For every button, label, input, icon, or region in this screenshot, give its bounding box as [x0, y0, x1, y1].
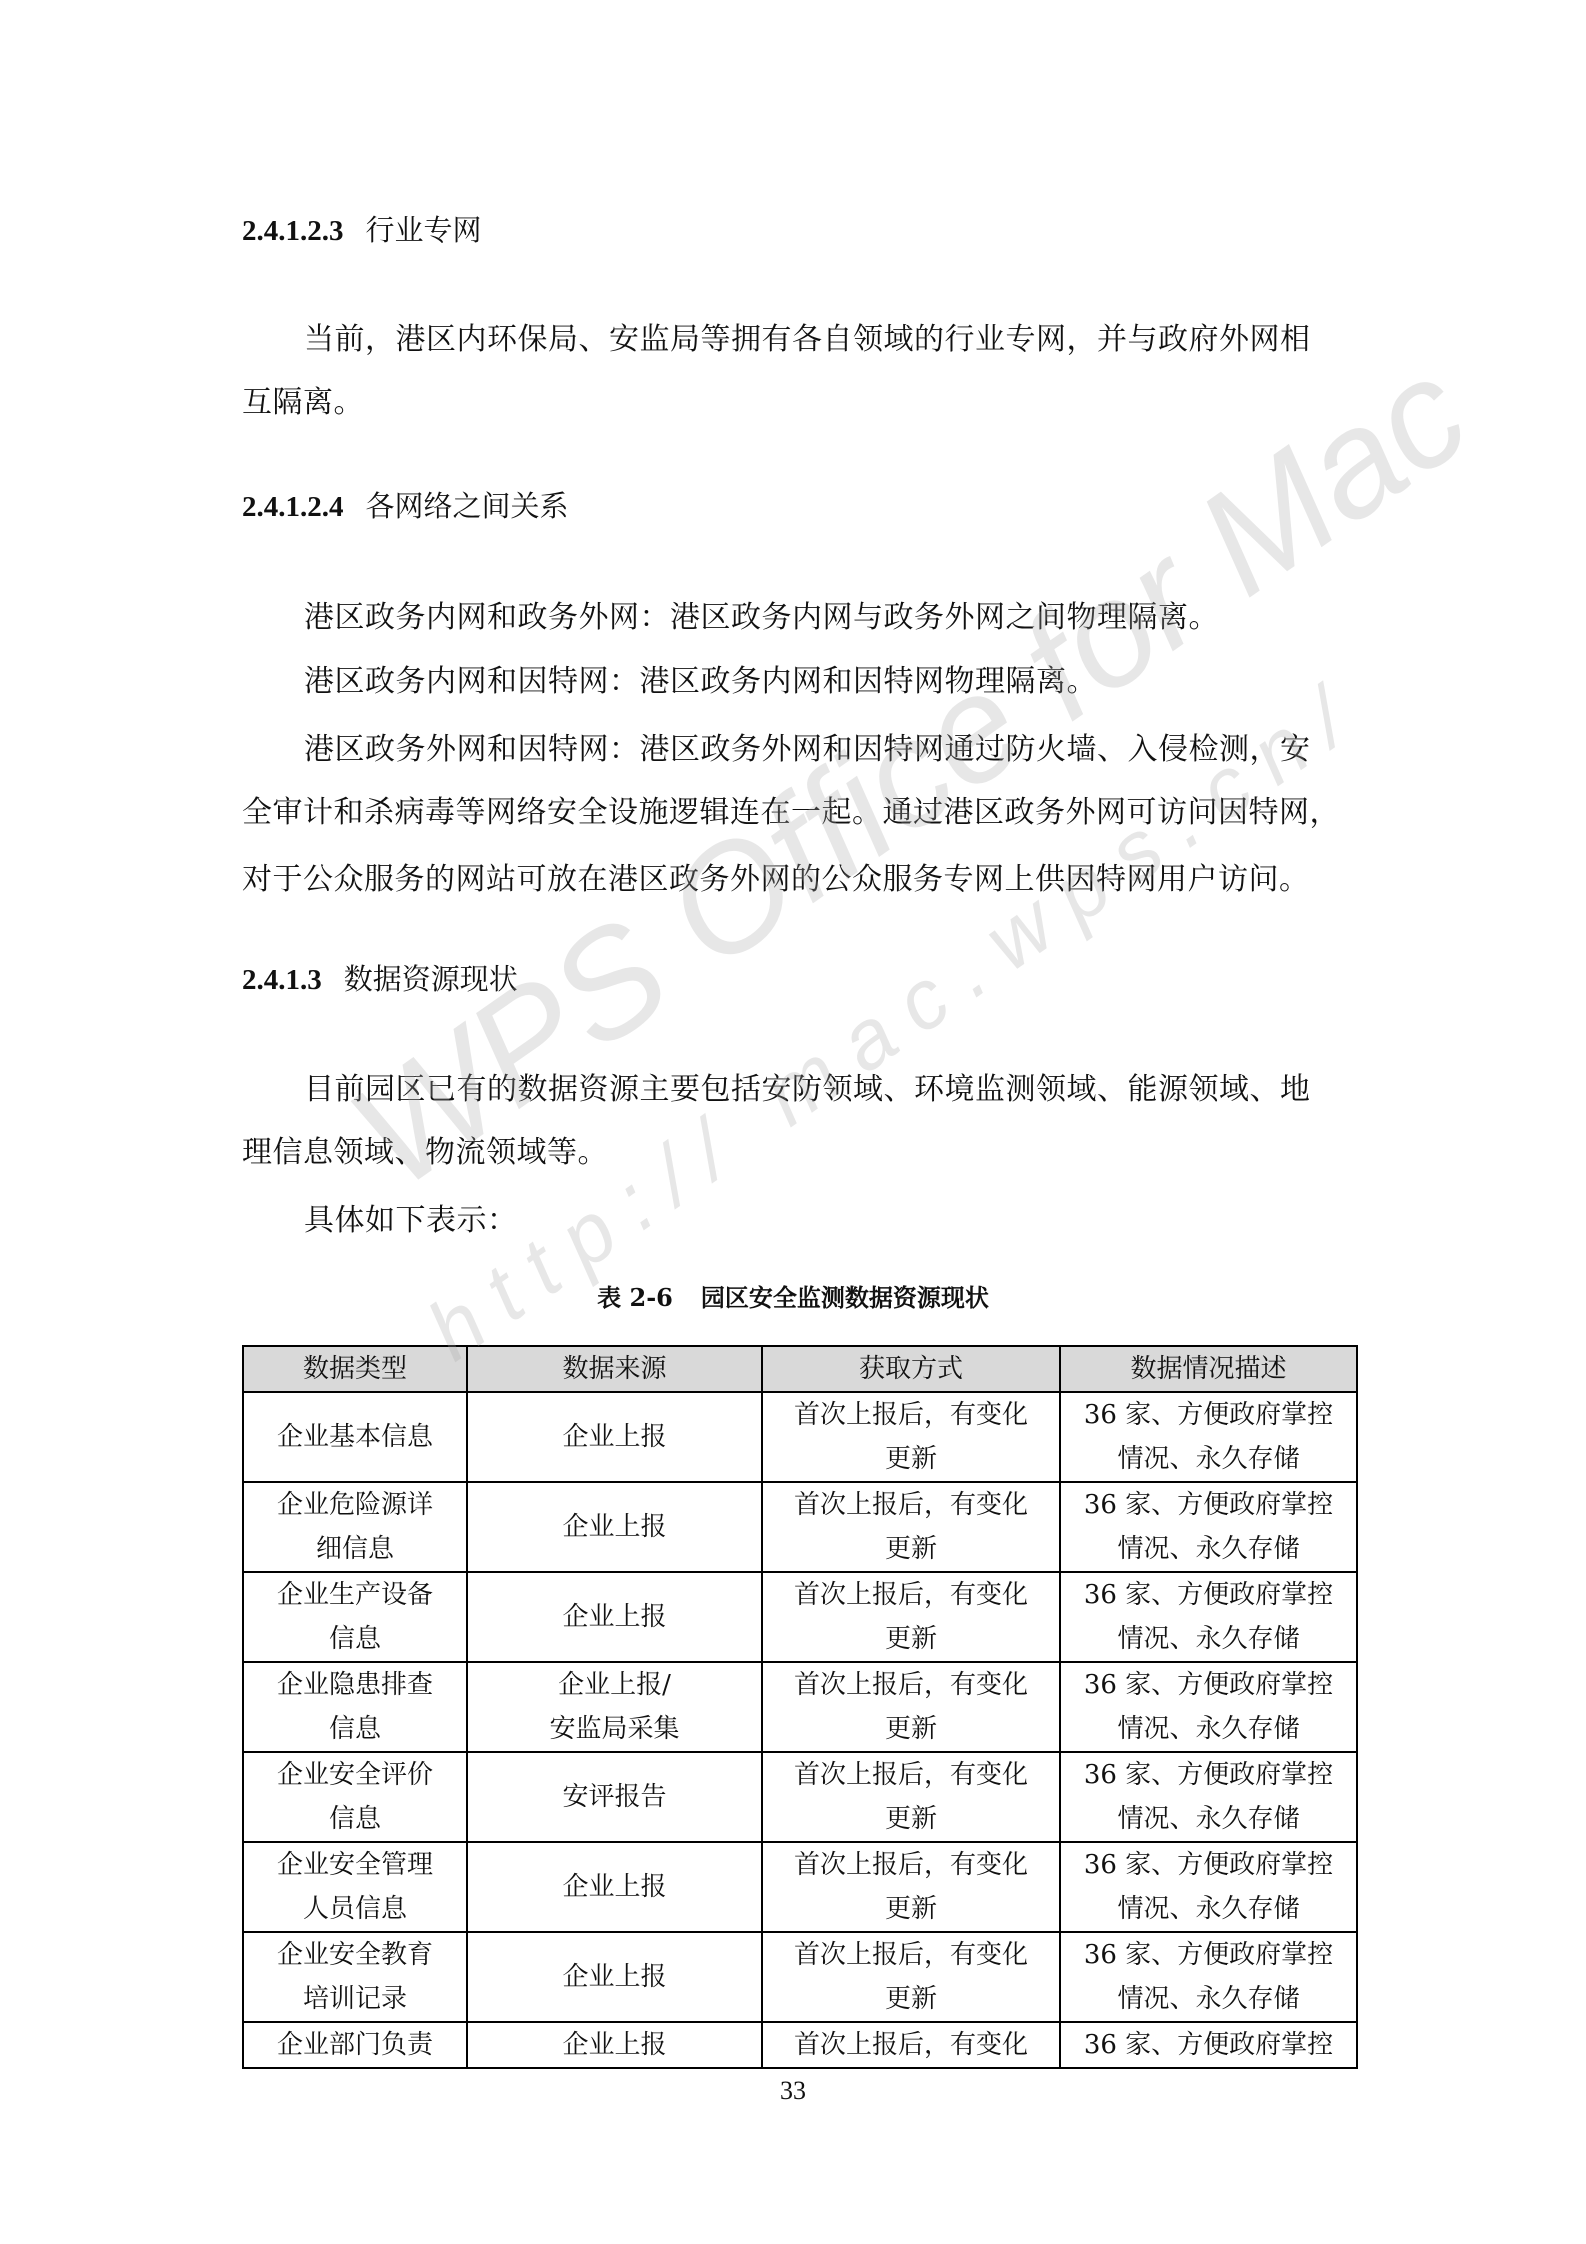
paragraph-line: 港区政务内网和政务外网：港区政务内网与政务外网之间物理隔离。 — [304, 592, 1219, 636]
section-number: 2.4.1.2.3 — [242, 215, 344, 247]
cell-acquisition-method: 首次上报后，有变化更新 — [762, 1932, 1060, 2022]
table-row: 企业安全教育培训记录 企业上报 首次上报后，有变化更新 36 家、方便政府掌控情… — [243, 1932, 1357, 2022]
cell-data-type: 企业安全评价信息 — [243, 1752, 467, 1842]
paragraph-line: 互隔离。 — [242, 377, 364, 421]
table-caption-number: 表 2-6 — [597, 1283, 673, 1312]
cell-data-source: 企业上报 — [467, 1572, 762, 1662]
cell-data-description: 36 家、方便政府掌控情况、永久存储 — [1060, 1482, 1357, 1572]
section-title: 行业专网 — [366, 213, 482, 247]
cell-data-type: 企业部门负责 — [243, 2022, 467, 2068]
column-header-acquisition-method: 获取方式 — [762, 1346, 1060, 1392]
cell-data-source: 企业上报 — [467, 1932, 762, 2022]
document-page: 2.4.1.2.3行业专网 当前，港区内环保局、安监局等拥有各自领域的行业专网，… — [0, 0, 1586, 2244]
cell-data-description: 36 家、方便政府掌控情况、永久存储 — [1060, 1572, 1357, 1662]
cell-data-description: 36 家、方便政府掌控情况、永久存储 — [1060, 1842, 1357, 1932]
paragraph-line: 理信息领域、物流领域等。 — [242, 1127, 608, 1171]
section-title: 各网络之间关系 — [366, 489, 569, 523]
cell-data-description: 36 家、方便政府掌控情况、永久存储 — [1060, 1752, 1357, 1842]
column-header-data-source: 数据来源 — [467, 1346, 762, 1392]
table-caption: 表 2-6园区安全监测数据资源现状 — [0, 1278, 1586, 1313]
cell-acquisition-method: 首次上报后，有变化 — [762, 2022, 1060, 2068]
paragraph-line: 当前，港区内环保局、安监局等拥有各自领域的行业专网，并与政府外网相 — [304, 314, 1311, 358]
cell-acquisition-method: 首次上报后，有变化更新 — [762, 1392, 1060, 1482]
table-row: 企业生产设备信息 企业上报 首次上报后，有变化更新 36 家、方便政府掌控情况、… — [243, 1572, 1357, 1662]
paragraph-line: 目前园区已有的数据资源主要包括安防领域、环境监测领域、能源领域、地 — [304, 1064, 1311, 1108]
section-heading-2-4-1-2-3: 2.4.1.2.3行业专网 — [242, 208, 482, 249]
table-row: 企业安全评价信息 安评报告 首次上报后，有变化更新 36 家、方便政府掌控情况、… — [243, 1752, 1357, 1842]
table-caption-title: 园区安全监测数据资源现状 — [701, 1283, 989, 1312]
cell-data-type: 企业安全教育培训记录 — [243, 1932, 467, 2022]
section-number: 2.4.1.2.4 — [242, 491, 344, 523]
section-title: 数据资源现状 — [344, 962, 518, 996]
section-number: 2.4.1.3 — [242, 964, 322, 996]
table-row: 企业危险源详细信息 企业上报 首次上报后，有变化更新 36 家、方便政府掌控情况… — [243, 1482, 1357, 1572]
cell-data-source: 企业上报 — [467, 1392, 762, 1482]
table-row: 企业隐患排查信息 企业上报/安监局采集 首次上报后，有变化更新 36 家、方便政… — [243, 1662, 1357, 1752]
paragraph-line: 港区政务外网和因特网：港区政务外网和因特网通过防火墙、入侵检测，安 — [304, 724, 1311, 768]
paragraph-line: 港区政务内网和因特网：港区政务内网和因特网物理隔离。 — [304, 656, 1097, 700]
section-heading-2-4-1-3: 2.4.1.3数据资源现状 — [242, 957, 518, 998]
cell-acquisition-method: 首次上报后，有变化更新 — [762, 1752, 1060, 1842]
cell-data-type: 企业基本信息 — [243, 1392, 467, 1482]
cell-data-source: 安评报告 — [467, 1752, 762, 1842]
cell-data-source: 企业上报/安监局采集 — [467, 1662, 762, 1752]
cell-data-type: 企业安全管理人员信息 — [243, 1842, 467, 1932]
table-row: 企业安全管理人员信息 企业上报 首次上报后，有变化更新 36 家、方便政府掌控情… — [243, 1842, 1357, 1932]
cell-data-source: 企业上报 — [467, 2022, 762, 2068]
cell-acquisition-method: 首次上报后，有变化更新 — [762, 1482, 1060, 1572]
paragraph-line: 具体如下表示： — [304, 1195, 518, 1239]
cell-data-type: 企业隐患排查信息 — [243, 1662, 467, 1752]
table-row: 企业基本信息 企业上报 首次上报后，有变化更新 36 家、方便政府掌控情况、永久… — [243, 1392, 1357, 1482]
paragraph-line: 全审计和杀病毒等网络安全设施逻辑连在一起。通过港区政务外网可访问因特网， — [242, 787, 1340, 831]
cell-data-source: 企业上报 — [467, 1482, 762, 1572]
table-header-row: 数据类型 数据来源 获取方式 数据情况描述 — [243, 1346, 1357, 1392]
cell-data-type: 企业危险源详细信息 — [243, 1482, 467, 1572]
paragraph-line: 对于公众服务的网站可放在港区政务外网的公众服务专网上供因特网用户访问。 — [242, 854, 1310, 898]
cell-data-description: 36 家、方便政府掌控情况、永久存储 — [1060, 1392, 1357, 1482]
section-heading-2-4-1-2-4: 2.4.1.2.4各网络之间关系 — [242, 484, 569, 525]
table-row: 企业部门负责 企业上报 首次上报后，有变化 36 家、方便政府掌控 — [243, 2022, 1357, 2068]
cell-acquisition-method: 首次上报后，有变化更新 — [762, 1842, 1060, 1932]
page-number: 33 — [0, 2076, 1586, 2106]
cell-data-source: 企业上报 — [467, 1842, 762, 1932]
cell-data-type: 企业生产设备信息 — [243, 1572, 467, 1662]
data-resource-table: 数据类型 数据来源 获取方式 数据情况描述 企业基本信息 企业上报 首次上报后，… — [242, 1345, 1358, 2069]
cell-acquisition-method: 首次上报后，有变化更新 — [762, 1572, 1060, 1662]
cell-acquisition-method: 首次上报后，有变化更新 — [762, 1662, 1060, 1752]
column-header-data-type: 数据类型 — [243, 1346, 467, 1392]
cell-data-description: 36 家、方便政府掌控情况、永久存储 — [1060, 1932, 1357, 2022]
cell-data-description: 36 家、方便政府掌控情况、永久存储 — [1060, 1662, 1357, 1752]
column-header-data-description: 数据情况描述 — [1060, 1346, 1357, 1392]
cell-data-description: 36 家、方便政府掌控 — [1060, 2022, 1357, 2068]
